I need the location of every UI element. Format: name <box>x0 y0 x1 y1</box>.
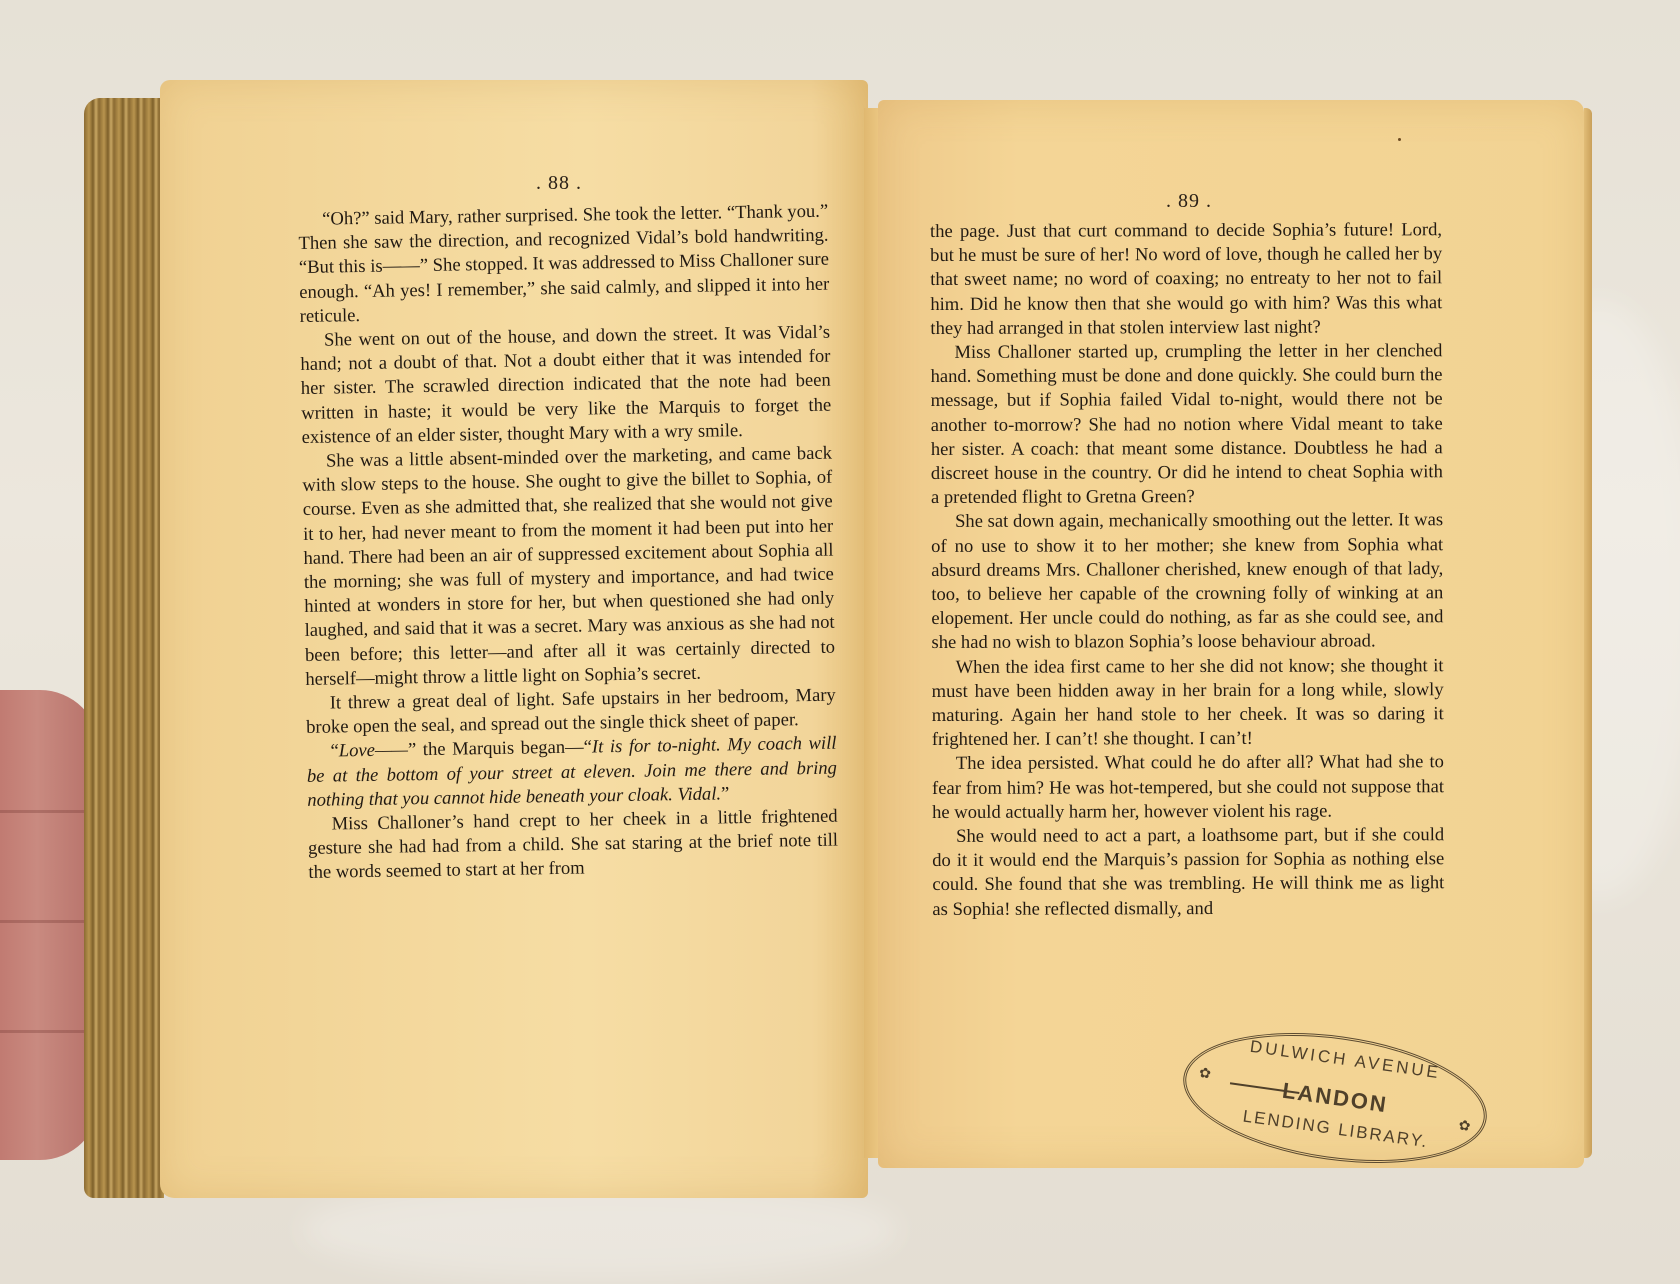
left-page: . 88 . “Oh?” said Mary, rather surprised… <box>160 80 868 1198</box>
flower-ornament-icon: ✿ <box>1458 1117 1472 1135</box>
right-page: . 89 . the page. Just that curt command … <box>878 100 1584 1168</box>
right-page-edge <box>1584 108 1592 1158</box>
narration: ” the Marquis began—“ <box>408 737 592 761</box>
paper-speck <box>1398 138 1401 141</box>
right-page-text: the page. Just that curt command to deci… <box>930 218 1444 922</box>
paragraph: The idea persisted. What could he do aft… <box>932 751 1444 825</box>
paragraph: She went on out of the house, and down t… <box>300 321 832 450</box>
page-number: . 89 . <box>1166 190 1212 213</box>
paragraph: It threw a great deal of light. Safe ups… <box>306 684 837 741</box>
paragraph: She sat down again, mechanically smoothi… <box>931 509 1444 656</box>
page-number: . 88 . <box>536 172 582 195</box>
letter-paragraph: “Love——” the Marquis began—“It is for to… <box>306 732 837 813</box>
letter-salutation: Love—— <box>339 740 409 762</box>
paragraph: When the idea first came to her she did … <box>932 654 1444 753</box>
paragraph: Miss Challoner’s hand crept to her cheek… <box>308 805 839 886</box>
left-page-text: “Oh?” said Mary, rather surprised. She t… <box>298 200 839 886</box>
paragraph: Miss Challoner started up, crumpling the… <box>930 339 1443 510</box>
paragraph: the page. Just that curt command to deci… <box>930 218 1442 341</box>
paragraph: “Oh?” said Mary, rather surprised. She t… <box>298 200 830 329</box>
paragraph: She was a little absent-minded over the … <box>302 442 836 692</box>
page-edges <box>84 98 164 1198</box>
quote-close: ” <box>721 783 730 804</box>
paragraph: She would need to act a part, a loathsom… <box>932 823 1444 922</box>
flower-ornament-icon: ✿ <box>1198 1064 1212 1082</box>
